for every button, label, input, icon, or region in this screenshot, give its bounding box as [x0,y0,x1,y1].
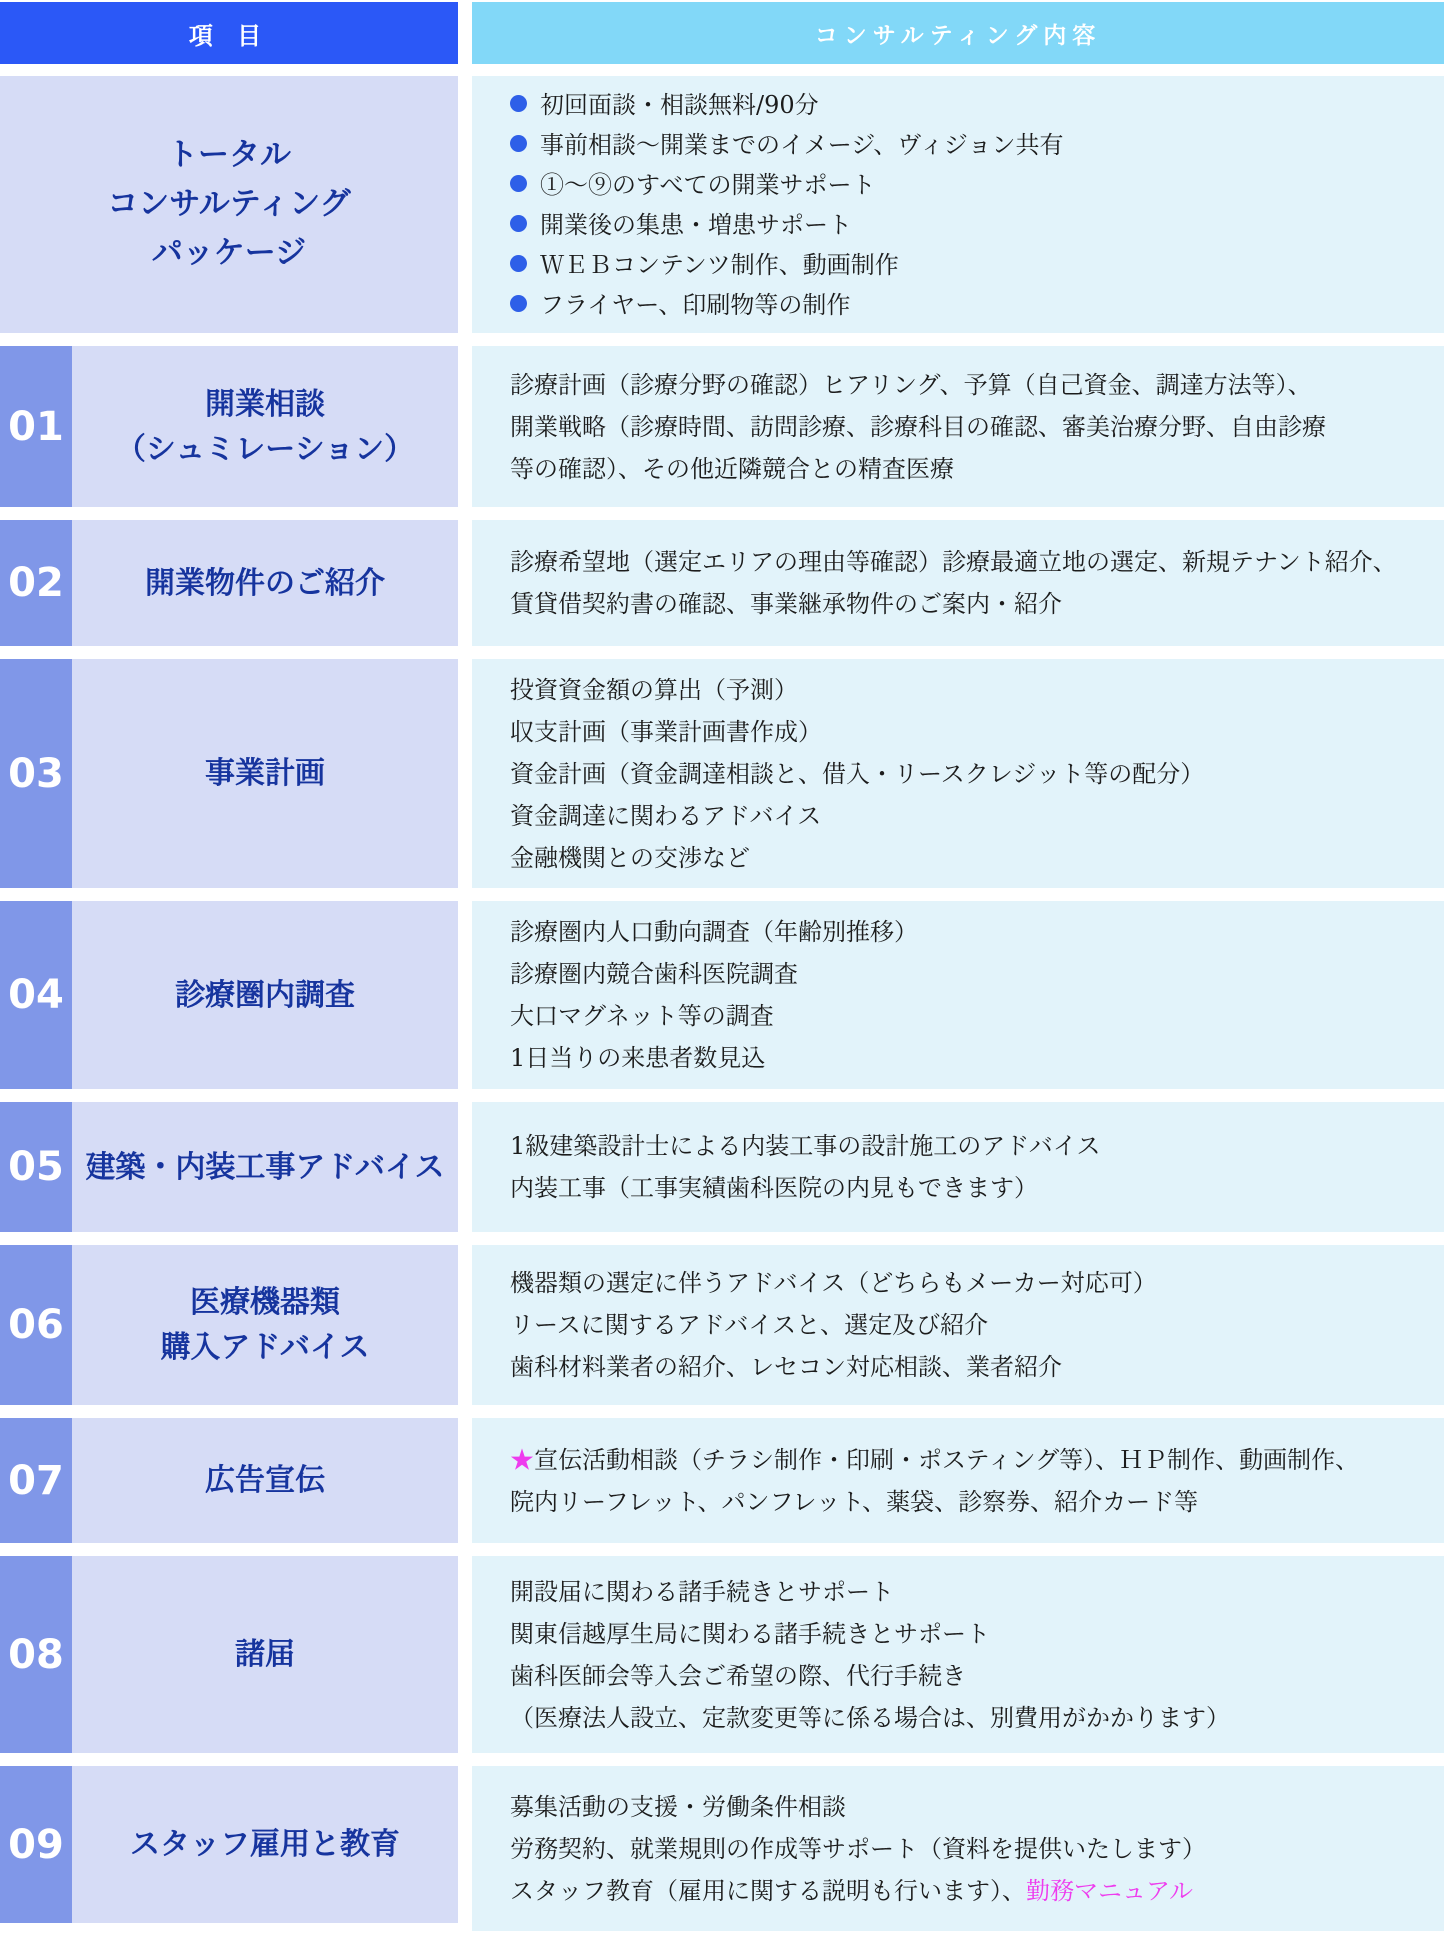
content-text: フライヤー、印刷物等の制作 [540,291,850,319]
content-cell: 診療希望地（選定エリアの理由等確認）診療最適立地の選定、新規テナント紹介、賃貸借… [472,520,1444,646]
row-title-line: 診療圏内調査 [175,973,355,1018]
row-number: 02 [0,520,72,646]
row-title-line: スタッフ雇用と教育 [130,1822,400,1867]
content-line: 関東信越厚生局に関わる諸手続きとサポート [510,1613,1444,1655]
bullet-icon [510,255,527,272]
bullet-icon [510,175,527,192]
content-line: 診療圏内競合歯科医院調査 [510,953,1444,995]
content-text: ①～⑨のすべての開業サポート [540,171,876,199]
star-icon: ★ [510,1446,534,1474]
content-line: ★宣伝活動相談（チラシ制作・印刷・ポスティング等）、ＨＰ制作、動画制作、 [510,1439,1444,1481]
content-text: 初回面談・相談無料/90分 [540,91,819,119]
content-line: 初回面談・相談無料/90分 [510,85,1444,125]
content-line: 歯科材料業者の紹介、レセコン対応相談、業者紹介 [510,1346,1444,1388]
content-line: 労務契約、就業規則の作成等サポート（資料を提供いたします） [510,1828,1444,1870]
row-title-line: 医療機器類 [190,1280,340,1325]
row-title: 開業物件のご紹介 [72,520,458,646]
content-text: 内装工事（工事実績歯科医院の内見もできます） [510,1174,1038,1202]
row-title-line: 諸届 [235,1632,295,1677]
content-cell: 機器類の選定に伴うアドバイス（どちらもメーカー対応可）リースに関するアドバイスと… [472,1245,1444,1405]
content-cell: 投資資金額の算出（予測）収支計画（事業計画書作成）資金計画（資金調達相談と、借入… [472,659,1444,888]
item-cell: 07 広告宣伝 [0,1418,458,1543]
table-row: 02 開業物件のご紹介 診療希望地（選定エリアの理由等確認）診療最適立地の選定、… [0,520,1444,646]
content-text: 募集活動の支援・労働条件相談 [510,1793,846,1821]
content-line: 金融機関との交渉など [510,837,1444,879]
table-body: トータルコンサルティングパッケージ 初回面談・相談無料/90分事前相談～開業まで… [0,76,1444,1931]
row-number: 05 [0,1102,72,1232]
content-text: 関東信越厚生局に関わる諸手続きとサポート [510,1620,990,1648]
content-text: 歯科医師会等入会ご希望の際、代行手続き [510,1662,966,1690]
row-number: 09 [0,1766,72,1923]
content-cell: 初回面談・相談無料/90分事前相談～開業までのイメージ、ヴィジョン共有①～⑨のす… [472,76,1444,333]
content-text: （医療法人設立、定款変更等に係る場合は、別費用がかかります） [510,1704,1230,1732]
content-line: 機器類の選定に伴うアドバイス（どちらもメーカー対応可） [510,1262,1444,1304]
content-text: 機器類の選定に伴うアドバイス（どちらもメーカー対応可） [510,1269,1157,1297]
content-text: 歯科材料業者の紹介、レセコン対応相談、業者紹介 [510,1353,1062,1381]
content-line: （医療法人設立、定款変更等に係る場合は、別費用がかかります） [510,1697,1444,1739]
item-cell: 05 建築・内装工事アドバイス [0,1102,458,1232]
content-text: 等の確認）、その他近隣競合との精査医療 [510,455,954,483]
header-item-cell: 項 目 [0,2,458,64]
row-title-line: 広告宣伝 [205,1458,325,1503]
content-line: 1日当りの来患者数見込 [510,1037,1444,1079]
table-row: 01 開業相談（シュミレーション） 診療計画（診療分野の確認）ヒアリング、予算（… [0,346,1444,507]
content-text: スタッフ教育（雇用に関する説明も行います）、 [510,1877,1026,1905]
content-line: 開業後の集患・増患サポート [510,205,1444,245]
row-number: 04 [0,901,72,1089]
content-text: 賃貸借契約書の確認、事業継承物件のご案内・紹介 [510,590,1062,618]
content-line: 等の確認）、その他近隣競合との精査医療 [510,448,1444,490]
row-title-line: コンサルティング [107,180,350,229]
content-cell: 1級建築設計士による内装工事の設計施工のアドバイス内装工事（工事実績歯科医院の内… [472,1102,1444,1232]
row-number: 06 [0,1245,72,1405]
content-cell: ★宣伝活動相談（チラシ制作・印刷・ポスティング等）、ＨＰ制作、動画制作、院内リー… [472,1418,1444,1543]
content-text: 収支計画（事業計画書作成） [510,718,822,746]
content-text: ＷＥＢコンテンツ制作、動画制作 [540,251,899,279]
content-line: 診療圏内人口動向調査（年齢別推移） [510,911,1444,953]
bullet-icon [510,215,527,232]
content-line: 開業戦略（診療時間、訪問診療、診療科目の確認、審美治療分野、自由診療 [510,406,1444,448]
content-line: 開設届に関わる諸手続きとサポート [510,1571,1444,1613]
content-line: リースに関するアドバイスと、選定及び紹介 [510,1304,1444,1346]
row-number: 03 [0,659,72,888]
table-row: 03 事業計画 投資資金額の算出（予測）収支計画（事業計画書作成）資金計画（資金… [0,659,1444,888]
table-header: 項 目 コンサルティング内容 [0,2,1444,64]
table-row: 07 広告宣伝 ★宣伝活動相談（チラシ制作・印刷・ポスティング等）、ＨＰ制作、動… [0,1418,1444,1543]
table-row: トータルコンサルティングパッケージ 初回面談・相談無料/90分事前相談～開業まで… [0,76,1444,333]
content-line: 資金計画（資金調達相談と、借入・リースクレジット等の配分） [510,753,1444,795]
row-number: 01 [0,346,72,507]
item-cell: 04 診療圏内調査 [0,901,458,1089]
item-cell: トータルコンサルティングパッケージ [0,76,458,333]
content-text: 開業戦略（診療時間、訪問診療、診療科目の確認、審美治療分野、自由診療 [510,413,1326,441]
content-line: 診療希望地（選定エリアの理由等確認）診療最適立地の選定、新規テナント紹介、 [510,541,1444,583]
content-text: 金融機関との交渉など [510,844,750,872]
content-text: 投資資金額の算出（予測） [510,676,798,704]
row-title-line: 開業相談 [205,382,325,427]
content-line: ①～⑨のすべての開業サポート [510,165,1444,205]
content-line: 院内リーフレット、パンフレット、薬袋、診察券、紹介カード等 [510,1481,1444,1523]
consulting-table: 項 目 コンサルティング内容 トータルコンサルティングパッケージ 初回面談・相談… [0,0,1444,1931]
content-text: 診療圏内競合歯科医院調査 [510,960,798,988]
content-line: 診療計画（診療分野の確認）ヒアリング、予算（自己資金、調達方法等）、 [510,364,1444,406]
content-text: 診療圏内人口動向調査（年齢別推移） [510,918,918,946]
content-cell: 診療計画（診療分野の確認）ヒアリング、予算（自己資金、調達方法等）、開業戦略（診… [472,346,1444,507]
row-number: 07 [0,1418,72,1543]
row-title-line: （シュミレーション） [116,427,414,472]
table-row: 04 診療圏内調査 診療圏内人口動向調査（年齢別推移）診療圏内競合歯科医院調査大… [0,901,1444,1089]
row-title: トータルコンサルティングパッケージ [0,76,458,333]
row-title: 建築・内装工事アドバイス [72,1102,458,1232]
item-cell: 08 諸届 [0,1556,458,1753]
row-title: 広告宣伝 [72,1418,458,1543]
content-text: 開業後の集患・増患サポート [540,211,852,239]
content-text: 宣伝活動相談（チラシ制作・印刷・ポスティング等）、ＨＰ制作、動画制作、 [534,1446,1359,1474]
highlight-text: 勤務マニュアル [1026,1877,1193,1905]
row-title-line: 購入アドバイス [160,1325,369,1370]
content-text: リースに関するアドバイスと、選定及び紹介 [510,1311,988,1339]
row-title-line: 開業物件のご紹介 [145,561,385,606]
content-text: 診療希望地（選定エリアの理由等確認）診療最適立地の選定、新規テナント紹介、 [510,548,1397,576]
table-row: 06 医療機器類購入アドバイス 機器類の選定に伴うアドバイス（どちらもメーカー対… [0,1245,1444,1405]
content-text: 開設届に関わる諸手続きとサポート [510,1578,894,1606]
content-line: 事前相談～開業までのイメージ、ヴィジョン共有 [510,125,1444,165]
content-cell: 開設届に関わる諸手続きとサポート関東信越厚生局に関わる諸手続きとサポート歯科医師… [472,1556,1444,1753]
content-line: 歯科医師会等入会ご希望の際、代行手続き [510,1655,1444,1697]
item-cell: 06 医療機器類購入アドバイス [0,1245,458,1405]
bullet-icon [510,295,527,312]
content-line: 賃貸借契約書の確認、事業継承物件のご案内・紹介 [510,583,1444,625]
row-number: 08 [0,1556,72,1753]
content-line: スタッフ教育（雇用に関する説明も行います）、勤務マニュアル [510,1870,1444,1912]
row-title: 開業相談（シュミレーション） [72,346,458,507]
row-title: 診療圏内調査 [72,901,458,1089]
content-text: 1級建築設計士による内装工事の設計施工のアドバイス [510,1132,1101,1160]
item-cell: 03 事業計画 [0,659,458,888]
row-title-line: パッケージ [152,229,306,278]
content-text: 大口マグネット等の調査 [510,1002,774,1030]
content-cell: 募集活動の支援・労働条件相談労務契約、就業規則の作成等サポート（資料を提供いたし… [472,1766,1444,1931]
row-title: スタッフ雇用と教育 [72,1766,458,1923]
content-line: 資金調達に関わるアドバイス [510,795,1444,837]
row-title: 諸届 [72,1556,458,1753]
table-row: 09 スタッフ雇用と教育 募集活動の支援・労働条件相談労務契約、就業規則の作成等… [0,1766,1444,1931]
item-cell: 09 スタッフ雇用と教育 [0,1766,458,1923]
table-row: 05 建築・内装工事アドバイス 1級建築設計士による内装工事の設計施工のアドバイ… [0,1102,1444,1232]
row-title-line: 建築・内装工事アドバイス [85,1145,444,1190]
bullet-icon [510,95,527,112]
bullet-icon [510,135,527,152]
item-cell: 01 開業相談（シュミレーション） [0,346,458,507]
content-text: 診療計画（診療分野の確認）ヒアリング、予算（自己資金、調達方法等）、 [510,371,1312,399]
content-text: 院内リーフレット、パンフレット、薬袋、診察券、紹介カード等 [510,1488,1198,1516]
row-title-line: トータル [167,131,291,180]
table-row: 08 諸届 開設届に関わる諸手続きとサポート関東信越厚生局に関わる諸手続きとサポ… [0,1556,1444,1753]
content-text: 事前相談～開業までのイメージ、ヴィジョン共有 [540,131,1063,159]
row-title: 医療機器類購入アドバイス [72,1245,458,1405]
content-line: 募集活動の支援・労働条件相談 [510,1786,1444,1828]
content-line: 投資資金額の算出（予測） [510,669,1444,711]
content-line: 1級建築設計士による内装工事の設計施工のアドバイス [510,1125,1444,1167]
content-text: 資金調達に関わるアドバイス [510,802,821,830]
content-text: 1日当りの来患者数見込 [510,1044,765,1072]
content-line: 収支計画（事業計画書作成） [510,711,1444,753]
row-title: 事業計画 [72,659,458,888]
content-line: フライヤー、印刷物等の制作 [510,285,1444,325]
item-cell: 02 開業物件のご紹介 [0,520,458,646]
content-line: ＷＥＢコンテンツ制作、動画制作 [510,245,1444,285]
header-content-cell: コンサルティング内容 [472,2,1444,64]
content-cell: 診療圏内人口動向調査（年齢別推移）診療圏内競合歯科医院調査大口マグネット等の調査… [472,901,1444,1089]
content-text: 労務契約、就業規則の作成等サポート（資料を提供いたします） [510,1835,1206,1863]
content-line: 大口マグネット等の調査 [510,995,1444,1037]
content-text: 資金計画（資金調達相談と、借入・リースクレジット等の配分） [510,760,1204,788]
row-title-line: 事業計画 [205,751,325,796]
content-line: 内装工事（工事実績歯科医院の内見もできます） [510,1167,1444,1209]
